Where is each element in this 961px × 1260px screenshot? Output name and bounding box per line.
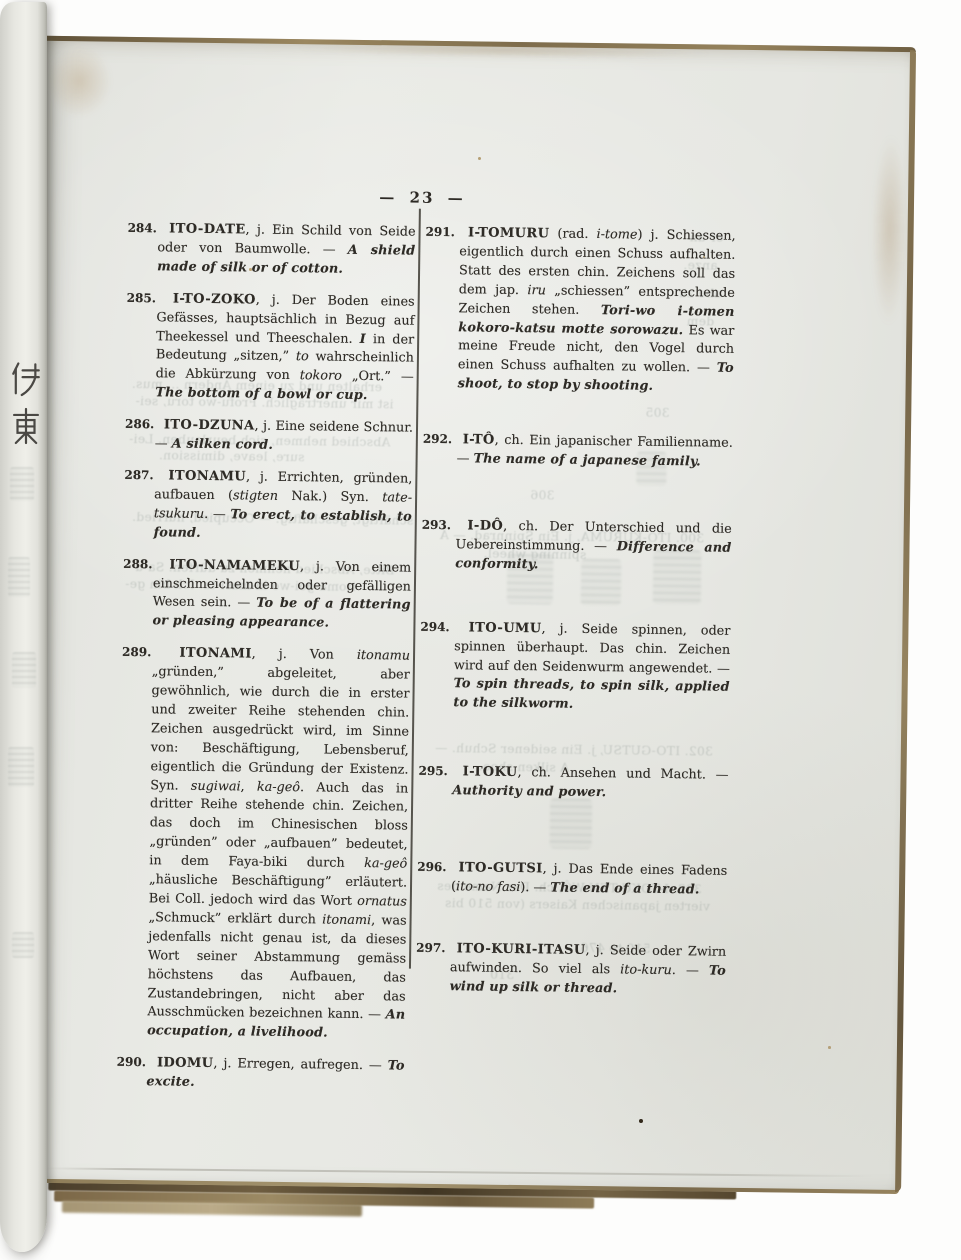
- entry-number: 284.: [128, 221, 170, 236]
- book-page: erhalten und zu einem Andern ... mus.ist…: [29, 36, 916, 1194]
- foxing-speck: [478, 157, 481, 160]
- book-photo: erhalten und zu einem Andern ... mus.ist…: [0, 0, 961, 1260]
- spine-ghost-kanji-blob: [8, 747, 34, 787]
- entry-text: ito-no fasi: [456, 879, 521, 895]
- entry-number: 286.: [125, 417, 164, 432]
- headword: ITO-GUTSI: [458, 860, 542, 876]
- headword: ITO-UMU: [469, 620, 542, 636]
- headword: I-TÔ: [463, 432, 495, 447]
- previous-page-edge: [0, 2, 47, 1252]
- headword: ITO-DATE: [169, 221, 246, 237]
- dictionary-entry: 287. ITONAMU, j. Errichten, gründen, auf…: [124, 466, 413, 546]
- entry-text: The name of a japanese family.: [473, 451, 700, 469]
- entry-text: , was jedenfalls nicht genau ist, da die…: [147, 913, 406, 1023]
- headword: ITO-KURI-ITASU: [457, 941, 586, 958]
- headword: ITO-NAMAMEKU: [169, 557, 300, 574]
- entry-number: 285.: [127, 291, 173, 306]
- entry-text: ). —: [520, 880, 550, 895]
- foxing-speck: [249, 268, 252, 271]
- spine-ghost-kanji-blob: [12, 652, 36, 688]
- entry-text: The bottom of a bowl or cup.: [155, 386, 367, 404]
- spine-ghost-kanji-blob: [8, 557, 30, 597]
- entry-number: 288.: [123, 556, 169, 571]
- showthrough-left-text: erhalten und zu einem Andern ... mus.ist…: [44, 36, 916, 47]
- entry-text: Nak.) Syn.: [278, 489, 382, 505]
- entry-number: 294.: [420, 619, 468, 634]
- ink-speck: [639, 1119, 643, 1123]
- headword: IDOMU: [157, 1056, 214, 1072]
- headword: I-TOKU: [463, 765, 518, 781]
- kanji-i-icon: [9, 358, 43, 398]
- entry-text: iru: [527, 283, 546, 298]
- entry-text: , j. Von: [252, 647, 357, 663]
- headword: I-TO-ZOKO: [173, 291, 256, 307]
- dictionary-entry: 288. ITO-NAMAMEKU, j. Von einem einschme…: [122, 554, 411, 634]
- entry-text: „Ort.” —: [342, 369, 414, 385]
- entry-text: to: [296, 350, 309, 365]
- foxing-stain: [47, 44, 112, 119]
- right-column: 291. I-TOMURU (rad. i-tome) j. Schiessen…: [416, 223, 736, 1001]
- entry-text: ito-kuru: [620, 962, 672, 978]
- entry-text: sugiwai: [191, 778, 241, 794]
- dictionary-entry: 297. ITO-KURI-ITASU, j. Seide oder Zwirn…: [416, 939, 727, 1001]
- entry-text: . —: [672, 963, 709, 978]
- left-column: 284. ITO-DATE, j. Ein Schild von Seide o…: [116, 219, 415, 1096]
- entry-number: 293.: [422, 518, 468, 533]
- entry-number: 295.: [418, 764, 462, 779]
- foxing-stain: [870, 135, 908, 325]
- entry-text: itonami: [322, 912, 371, 928]
- entry-text: ornatus: [357, 894, 407, 910]
- spine-ghost-kanji-blob: [10, 467, 34, 501]
- entry-text: itonamu: [357, 648, 410, 664]
- entry-text: ka-geô: [364, 856, 407, 872]
- kanji-to-icon: [9, 406, 43, 446]
- dictionary-entry: 293. I-DÔ, ch. Der Unterschied und die U…: [421, 516, 732, 578]
- entry-text: i-tome: [596, 227, 637, 243]
- entry-text: A silken cord.: [172, 437, 274, 453]
- entry-text: Authority and power.: [452, 783, 606, 800]
- foxing-speck: [703, 256, 705, 258]
- dictionary-entry: 284. ITO-DATE, j. Ein Schild von Seide o…: [127, 219, 416, 280]
- headword: ITO-DZUNA: [164, 418, 255, 434]
- foxing-stain: [294, 41, 714, 60]
- page-crease: [45, 1167, 873, 1177]
- entry-text: . —: [204, 507, 230, 522]
- headword: I-TOMURU: [468, 225, 550, 241]
- dictionary-entry: 292. I-TÔ, ch. Ein japanischer Familienn…: [422, 430, 732, 473]
- dictionary-entry: 289. ITONAMI, j. Von itonamu „gründen,” …: [117, 643, 410, 1045]
- entry-number: 297.: [416, 941, 457, 956]
- dictionary-entry: 291. I-TOMURU (rad. i-tome) j. Schiessen…: [423, 223, 735, 398]
- entry-number: 289.: [122, 645, 180, 660]
- foxing-speck: [828, 1046, 831, 1049]
- entry-text: „gründen,” abgeleitet, aber gewöhnlich, …: [150, 664, 410, 793]
- dictionary-entry: 286. ITO-DZUNA, j. Eine seidene Schnur. …: [125, 415, 413, 458]
- page-number: — 23 —: [342, 188, 502, 208]
- dictionary-entry: 285. I-TO-ZOKO, j. Der Boden eines Gefäs…: [125, 289, 414, 407]
- entry-text: ,: [241, 779, 257, 794]
- headword: ITONAMI: [179, 646, 252, 662]
- entry-number: 296.: [417, 860, 458, 875]
- dictionary-entry: 295. I-TOKU, ch. Ansehen und Macht. — Au…: [418, 762, 728, 805]
- entry-text: (rad.: [549, 226, 596, 242]
- showthrough-kanji-blobs: [44, 36, 916, 47]
- entry-text: „Schmuck” erklärt durch: [149, 910, 323, 927]
- dictionary-entry: 290. IDOMU, j. Erregen, aufregen. — To e…: [116, 1053, 404, 1096]
- entry-number: 287.: [124, 468, 168, 483]
- spine-ghost-kanji-blob: [12, 932, 34, 958]
- showthrough-right-text: er ananze.abe zudem305306300. ITO-KURUMA…: [44, 36, 916, 47]
- entry-text: ka-geô: [257, 779, 300, 795]
- dictionary-entry: 296. ITO-GUTSI, j. Das Ende eines Fadens…: [417, 858, 727, 901]
- dictionary-entry: 294. ITO-UMU, j. Seide spinnen, oder spi…: [419, 617, 730, 717]
- entry-text: stigten: [233, 488, 278, 504]
- entry-text: tokoro: [300, 368, 342, 384]
- entry-text: The end of a thread.: [550, 880, 699, 897]
- entry-text: , j. Erregen, aufregen. —: [213, 1056, 387, 1073]
- entry-number: 290.: [117, 1055, 157, 1070]
- entry-number: 292.: [423, 432, 463, 447]
- entry-text: To spin threads, to spin silk, applied t…: [453, 677, 729, 712]
- headword: ITONAMU: [168, 468, 246, 484]
- entry-text: , ch. Ansehen und Macht. —: [517, 765, 728, 783]
- headword: I-DÔ: [467, 518, 503, 533]
- entry-number: 291.: [426, 225, 469, 240]
